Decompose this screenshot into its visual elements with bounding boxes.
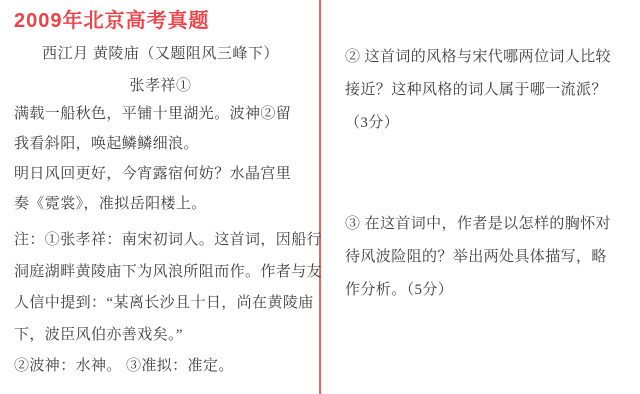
poem-line: 明日风回更好，今宵露宿何妨？水晶宫里 (14, 159, 307, 189)
question-3-line: ③ 在这首词中，作者是以怎样的胸怀对 (345, 208, 625, 241)
page-title: 2009年北京高考真题 (14, 4, 210, 33)
question-2: ② 这首词的风格与宋代哪两位词人比较 接近？这种风格的词人属于哪一流派？ （3分… (345, 41, 625, 140)
note-line: 人信中提到：“某离长沙且十日，尚在黄陵庙 (14, 288, 307, 320)
question-3-line: 作分析。（5分） (345, 274, 625, 307)
poem-title: 西江月 黄陵庙（又题阻风三峰下） (14, 42, 307, 63)
poem-line: 满载一船秋色，平铺十里湖光。波神②留 (14, 99, 307, 129)
column-divider (319, 0, 321, 394)
question-2-line: 接近？这种风格的词人属于哪一流派？ (345, 74, 625, 107)
question-3: ③ 在这首词中，作者是以怎样的胸怀对 待风波险阻的？举出两处具体描写，略 作分析… (345, 208, 625, 307)
poem-text: 满载一船秋色，平铺十里湖光。波神②留 我看斜阳，唤起鳞鳞细浪。 明日风回更好，今… (14, 99, 307, 219)
poem-author: 张孝祥① (14, 74, 307, 95)
question-3-line: 待风波险阻的？举出两处具体描写，略 (345, 241, 625, 274)
poem-line: 奏《霓裳》，准拟岳阳楼上。 (14, 189, 307, 219)
poem-notes: 注：①张孝祥：南宋初词人。这首词，因船行 洞庭湖畔黄陵庙下为风浪所阻而作。作者与… (14, 225, 307, 383)
note-line: 注：①张孝祥：南宋初词人。这首词，因船行 (14, 225, 307, 257)
document-page: 2009年北京高考真题 西江月 黄陵庙（又题阻风三峰下） 张孝祥① 满载一船秋色… (0, 0, 640, 394)
poem-line: 我看斜阳，唤起鳞鳞细浪。 (14, 129, 307, 159)
question-2-line: （3分） (345, 107, 625, 140)
note-line: 下，波臣风伯亦善戏矣。” (14, 320, 307, 352)
note-line: 洞庭湖畔黄陵庙下为风浪所阻而作。作者与友 (14, 257, 307, 289)
note-line: ②波神：水神。 ③准拟：准定。 (14, 351, 307, 383)
question-2-line: ② 这首词的风格与宋代哪两位词人比较 (345, 41, 625, 74)
